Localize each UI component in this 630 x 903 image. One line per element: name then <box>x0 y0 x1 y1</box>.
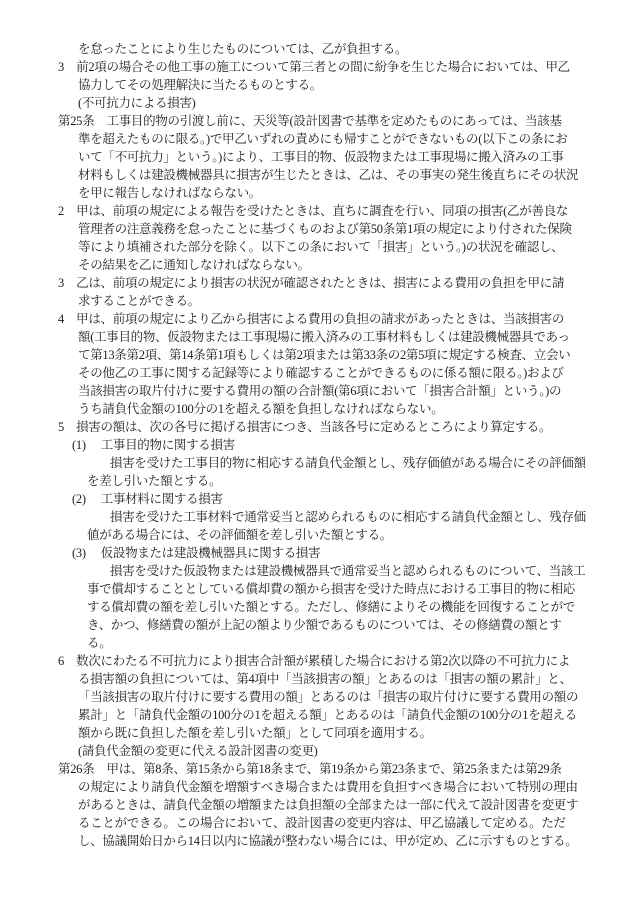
document-line: 6 数次にわたる不可抗力により損害合計額が累積した場合における第2次以降の不可抗… <box>0 652 630 670</box>
document-line: 協力してその処理解決に当たるものとする。 <box>0 76 630 94</box>
document-line: (1) 工事目的物に関する損害 <box>0 436 630 454</box>
document-line: 4 甲は、前項の規定により乙から損害による費用の負担の請求があったときは、当該損… <box>0 310 630 328</box>
document-line: 3 前2項の場合その他工事の施工について第三者との間に紛争を生じた場合においては… <box>0 58 630 76</box>
document-line: 求することができる。 <box>0 292 630 310</box>
document-line: 累計」と「請負代金額の100分の1を超える額」とあるのは「請負代金額の100分の… <box>0 706 630 724</box>
document-line: 額(工事目的物、仮設物または工事現場に搬入済みの工事材料もしくは建設機械器具であ… <box>0 328 630 346</box>
document-line: を差し引いた額とする。 <box>0 472 630 490</box>
document-line: 損害を受けた工事材料で通常妥当と認められるものに相応する請負代金額とし、残存価 <box>0 508 630 526</box>
document-line: 準を超えたものに限る。)で甲乙いずれの責めにも帰すことができないもの(以下この条… <box>0 130 630 148</box>
document-line: 値がある場合には、その評価額を差し引いた額とする。 <box>0 526 630 544</box>
document-line: の規定により請負代金額を増額すべき場合または費用を負担すべき場合において特別の理… <box>0 778 630 796</box>
document-line: があるときは、請負代金額の増額または負担額の全部または一部に代えて設計図書を変更… <box>0 796 630 814</box>
document-line: ることができる。この場合において、設計図書の変更内容は、甲乙協議して定める。ただ <box>0 814 630 832</box>
document-line: 管理者の注意義務を怠ったことに基づくものおよび第50条第1項の規定により付された… <box>0 220 630 238</box>
document-line: (3) 仮設物または建設機械器具に関する損害 <box>0 544 630 562</box>
document-line: 材料もしくは建設機械器具に損害が生じたときは、乙は、その事実の発生後直ちにその状… <box>0 166 630 184</box>
document-line: る。 <box>0 634 630 652</box>
document-line: いて「不可抗力」という。)により、工事目的物、仮設物または工事現場に搬入済みの工… <box>0 148 630 166</box>
document-line: (2) 工事材料に関する損害 <box>0 490 630 508</box>
document-line: 第25条 工事目的物の引渡し前に、天災等(設計図書で基準を定めたものにあっては、… <box>0 112 630 130</box>
document-line: (請負代金額の変更に代える設計図書の変更) <box>0 742 630 760</box>
document-line: その他乙の工事に関する記録等により確認することができるものに係る額に限る。)およ… <box>0 364 630 382</box>
document-line: き、かつ、修繕費の額が上記の額より少額であるものについては、その修繕費の額とす <box>0 616 630 634</box>
document-line: 5 損害の額は、次の各号に掲げる損害につき、当該各号に定めるところにより算定する… <box>0 418 630 436</box>
document-line: 損害を受けた工事目的物に相応する請負代金額とし、残存価値がある場合にその評価額 <box>0 454 630 472</box>
document-line: うち請負代金額の100分の1を超える額を負担しなければならない。 <box>0 400 630 418</box>
document-line: 事で償却することとしている償却費の額から損害を受けた時点における工事目的物に相応 <box>0 580 630 598</box>
document-line: し、協議開始日から14日以内に協議が整わない場合には、甲が定め、乙に示すものとす… <box>0 832 630 850</box>
document-line: 当該損害の取片付けに要する費用の額の合計額(第6項において「損害合計額」という。… <box>0 382 630 400</box>
document-line: 2 甲は、前項の規定による報告を受けたときは、直ちに調査を行い、同項の損害(乙が… <box>0 202 630 220</box>
document-line: を怠ったことにより生じたものについては、乙が負担する。 <box>0 40 630 58</box>
document-line: 3 乙は、前項の規定により損害の状況が確認されたときは、損害による費用の負担を甲… <box>0 274 630 292</box>
document-line: する償却費の額を差し引いた額とする。ただし、修繕によりその機能を回復することがで <box>0 598 630 616</box>
document-line: (不可抗力による損害) <box>0 94 630 112</box>
document-line: を甲に報告しなければならない。 <box>0 184 630 202</box>
document-line: 「当該損害の取片付けに要する費用の額」とあるのは「損害の取片付けに要する費用の額… <box>0 688 630 706</box>
document-line: その結果を乙に通知しなければならない。 <box>0 256 630 274</box>
document-line: る損害額の負担については、第4項中「当該損害の額」とあるのは「損害の額の累計」と… <box>0 670 630 688</box>
document-line: 等により填補された部分を除く。以下この条において「損害」という。)の状況を確認し… <box>0 238 630 256</box>
document-line: 第26条 甲は、第8条、第15条から第18条まで、第19条から第23条まで、第2… <box>0 760 630 778</box>
document-line: て第13条第2項、第14条第1項もしくは第2項または第33条の2第5項に規定する… <box>0 346 630 364</box>
document-line: 損害を受けた仮設物または建設機械器具で通常妥当と認められるものについて、当該工 <box>0 562 630 580</box>
document-page: を怠ったことにより生じたものについては、乙が負担する。3 前2項の場合その他工事… <box>0 0 630 903</box>
document-body: を怠ったことにより生じたものについては、乙が負担する。3 前2項の場合その他工事… <box>0 40 630 850</box>
document-line: 額から既に負担した額を差し引いた額」として同項を適用する。 <box>0 724 630 742</box>
